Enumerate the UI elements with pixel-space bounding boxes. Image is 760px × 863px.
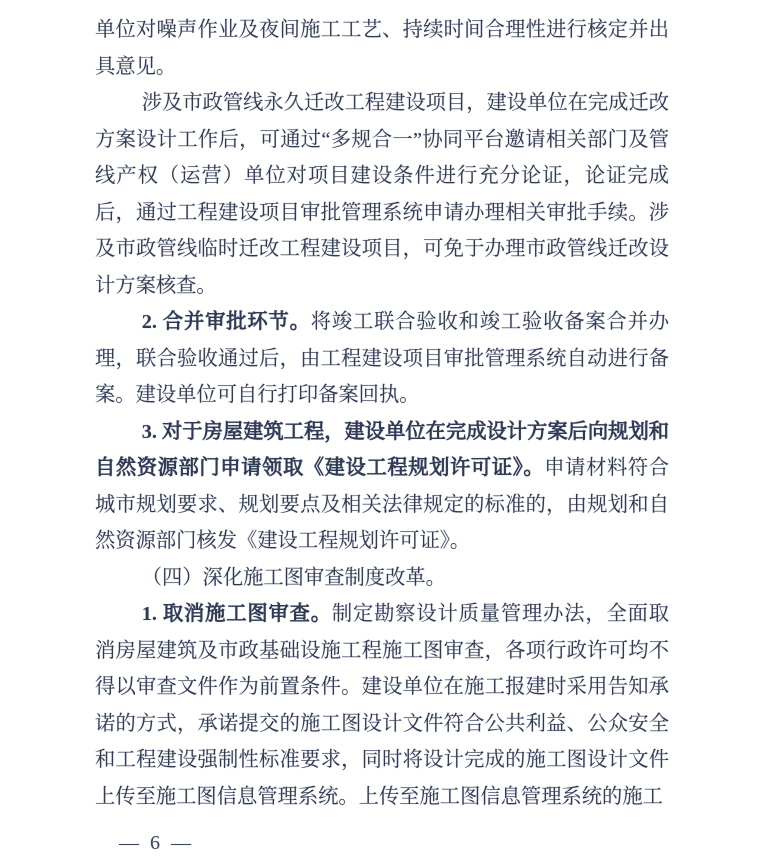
paragraph: 1. 取消施工图审查。制定勘察设计质量管理办法，全面取消房屋建筑及市政基础设施工… <box>95 596 669 815</box>
document-screenshot: { "page": { "background_color": "#ffffff… <box>0 0 760 863</box>
paragraph: 3. 对于房屋建筑工程，建设单位在完成设计方案后向规划和自然资源部门申请领取《建… <box>95 414 669 560</box>
paragraph: 涉及市政管线永久迁改工程建设项目，建设单位在完成迁改方案设计工作后，可通过“多规… <box>95 85 669 304</box>
document-body: 单位对噪声作业及夜间施工工艺、持续时间合理性进行核定并出具意见。涉及市政管线永久… <box>95 12 669 815</box>
paragraph: 2. 合并审批环节。将竣工联合验收和竣工验收备案合并办理，联合验收通过后，由工程… <box>95 304 669 414</box>
text-run: 制定勘察设计质量管理办法，全面取消房屋建筑及市政基础设施工程施工图审查，各项行政… <box>95 603 669 808</box>
paragraph: 单位对噪声作业及夜间施工工艺、持续时间合理性进行核定并出具意见。 <box>95 12 669 85</box>
bold-text-run: 1. 取消施工图审查。 <box>142 603 332 625</box>
text-run: （四）深化施工图审查制度改革。 <box>142 567 446 589</box>
paragraph: （四）深化施工图审查制度改革。 <box>95 560 669 597</box>
bold-text-run: 2. 合并审批环节。 <box>142 311 311 333</box>
page-number: — 6 — <box>119 830 669 856</box>
text-run: 涉及市政管线永久迁改工程建设项目，建设单位在完成迁改方案设计工作后，可通过“多规… <box>95 92 669 297</box>
document-page: 单位对噪声作业及夜间施工工艺、持续时间合理性进行核定并出具意见。涉及市政管线永久… <box>0 0 760 863</box>
text-run: 单位对噪声作业及夜间施工工艺、持续时间合理性进行核定并出具意见。 <box>95 19 669 78</box>
